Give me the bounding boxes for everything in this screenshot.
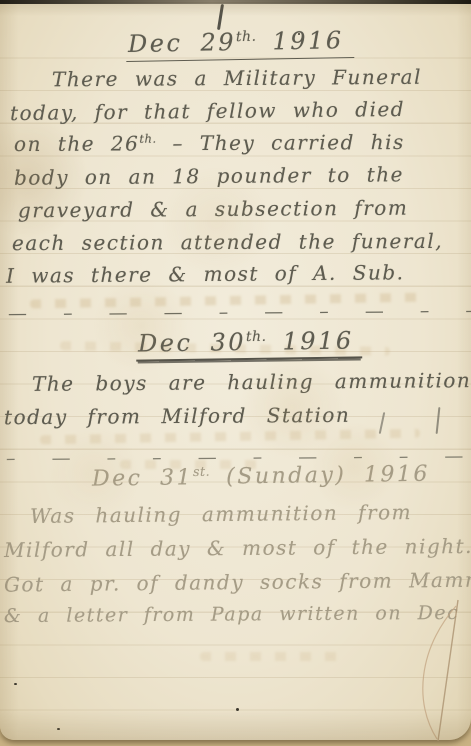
dust-speck (57, 728, 60, 730)
diary-line: on the 26th. – They carried his (14, 130, 405, 156)
bleed-through-writing (40, 429, 420, 445)
diary-line: Milford all day & most of the night. (4, 534, 471, 562)
stray-pencil-mark (436, 407, 441, 434)
entry-heading-dec-31: Dec 31st.(Sunday) 1916 (92, 462, 430, 492)
bleed-through-writing (200, 652, 350, 661)
diary-line: body on an 18 pounder to the (14, 162, 404, 189)
diary-line: & a letter from Papa written on Dec 9th. (4, 601, 471, 627)
diary-scan: { "page": { "kind": "handwritten diary p… (0, 0, 471, 746)
diary-line: Was hauling ammunition from (30, 500, 412, 528)
diary-line: There was a Military Funeral (52, 65, 422, 92)
diary-line: today, for that fellow who died (10, 97, 405, 125)
line-text: & a letter from Papa written on Dec (4, 602, 471, 627)
diary-page: Dec 29th.1916 There was a Military Funer… (0, 0, 471, 740)
diary-line: Got a pr. of dandy socks from Mamma (4, 567, 471, 596)
date-year: (Sunday) 1916 (226, 462, 430, 490)
entry-heading-dec-30: Dec 30th.1916 (136, 326, 362, 357)
diary-line: I was there & most of A. Sub. (6, 260, 405, 287)
date-day: Dec 29 (128, 28, 237, 58)
date-year: 1916 (282, 327, 353, 356)
date-ordinal: th. (236, 29, 257, 45)
date-ordinal: th. (246, 329, 267, 345)
dust-speck (236, 708, 239, 711)
entry-heading-dec-29: Dec 29th.1916 (126, 26, 354, 58)
entry-date: Dec 29th.1916 (126, 26, 354, 62)
stray-pencil-mark (217, 4, 224, 30)
line-text: – They carried his (157, 130, 405, 155)
diary-line: The boys are hauling ammunition (32, 368, 471, 396)
stray-pencil-mark (379, 412, 386, 434)
ordinal-suffix: th. (139, 132, 156, 146)
date-day: Dec 31 (92, 465, 193, 491)
diary-line: graveyard & a subsection from (18, 196, 408, 223)
scan-top-edge (0, 0, 471, 4)
date-day: Dec 30 (138, 328, 246, 358)
entry-date: Dec 30th.1916 (136, 326, 362, 361)
diary-line: today from Milford Station (4, 403, 350, 429)
dashed-separator: — – — — – — – — – — (8, 299, 471, 324)
dust-speck (14, 683, 17, 685)
diary-line: each section attended the funeral, (12, 229, 443, 255)
date-year: 1916 (272, 26, 344, 55)
dust-speck (298, 33, 300, 35)
line-text: on the 26 (14, 131, 139, 156)
date-ordinal: st. (193, 465, 210, 480)
